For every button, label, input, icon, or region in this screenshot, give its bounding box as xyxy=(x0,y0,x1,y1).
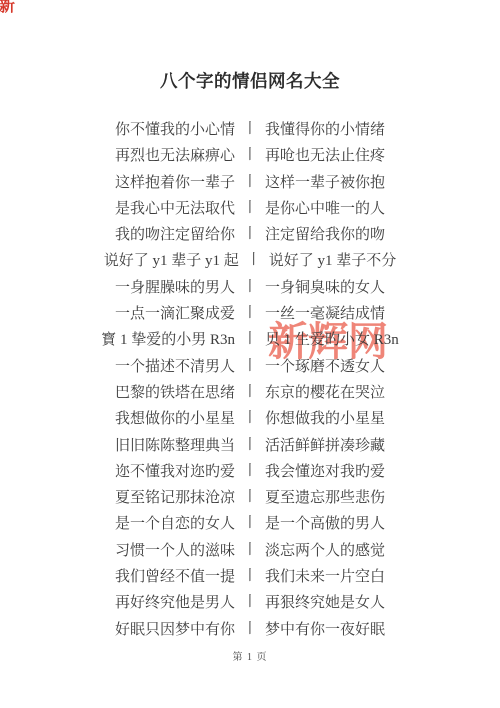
left-name: 我的吻注定留给你 xyxy=(115,222,235,248)
separator-bar: 丨 xyxy=(243,564,257,590)
right-name: 活活鲜鲜拼凑珍藏 xyxy=(265,433,385,459)
left-name: 旧旧陈陈整理典当 xyxy=(115,433,235,459)
left-name: 再烈也无法麻痹心 xyxy=(115,143,235,169)
left-name: 是一个自恋的女人 xyxy=(115,511,235,537)
left-name: 我想做你的小星星 xyxy=(115,406,235,432)
separator-bar: 丨 xyxy=(243,380,257,406)
name-pair-row: 我的吻注定留给你丨注定留给我你的吻 xyxy=(0,222,500,248)
left-name: 习惯一个人的滋味 xyxy=(115,538,235,564)
name-pair-row: 夏至铭记那抹沧凉丨夏至遗忘那些悲伤 xyxy=(0,485,500,511)
left-name: 一身腥臊味的男人 xyxy=(115,275,235,301)
name-pair-list: 你不懂我的小心情丨我懂得你的小情绪再烈也无法麻痹心丨再呛也无法止住疼这样抱着你一… xyxy=(0,117,500,643)
left-name: 再好终究他是男人 xyxy=(115,590,235,616)
name-pair-row: 我想做你的小星星丨你想做我的小星星 xyxy=(0,406,500,432)
separator-bar: 丨 xyxy=(243,275,257,301)
name-pair-row: 这样抱着你一辈子丨这样一辈子被你抱 xyxy=(0,170,500,196)
right-name: 我们未来一片空白 xyxy=(265,564,385,590)
name-pair-row: 说好了 y1 辈子 y1 起丨说好了 y1 辈子不分 xyxy=(0,248,500,274)
separator-bar: 丨 xyxy=(243,143,257,169)
right-name: 我会懂迩对我旳爱 xyxy=(265,459,385,485)
separator-bar: 丨 xyxy=(243,222,257,248)
page-title: 八个字的情侣网名大全 xyxy=(0,68,500,93)
separator-bar: 丨 xyxy=(243,170,257,196)
name-pair-row: 是我心中无法取代丨是你心中唯一的人 xyxy=(0,196,500,222)
name-pair-row: 一身腥臊味的男人丨一身铜臭味的女人 xyxy=(0,275,500,301)
left-name: 我们曾经不值一提 xyxy=(115,564,235,590)
left-name: 好眠只因梦中有你 xyxy=(115,617,235,643)
name-pair-row: 旧旧陈陈整理典当丨活活鲜鲜拼凑珍藏 xyxy=(0,433,500,459)
separator-bar: 丨 xyxy=(247,248,261,274)
separator-bar: 丨 xyxy=(243,590,257,616)
separator-bar: 丨 xyxy=(243,327,257,353)
separator-bar: 丨 xyxy=(243,354,257,380)
document-page: 新 八个字的情侣网名大全 新辉网 你不懂我的小心情丨我懂得你的小情绪再烈也无法麻… xyxy=(0,0,500,708)
right-name: 说好了 y1 辈子不分 xyxy=(269,248,397,274)
right-name: 淡忘两个人的感觉 xyxy=(265,538,385,564)
name-pair-row: 再烈也无法麻痹心丨再呛也无法止住疼 xyxy=(0,143,500,169)
name-pair-row: 你不懂我的小心情丨我懂得你的小情绪 xyxy=(0,117,500,143)
left-name: 寳 1 挚爱的小男 R3n xyxy=(101,327,235,353)
name-pair-row: 再好终究他是男人丨再狠终究她是女人 xyxy=(0,590,500,616)
name-pair-row: 好眠只因梦中有你丨梦中有你一夜好眠 xyxy=(0,617,500,643)
separator-bar: 丨 xyxy=(243,485,257,511)
name-pair-row: 我们曾经不值一提丨我们未来一片空白 xyxy=(0,564,500,590)
left-name: 一个描述不清男人 xyxy=(115,354,235,380)
right-name: 夏至遗忘那些悲伤 xyxy=(265,485,385,511)
name-pair-row: 迩不懂我对迩旳爱丨我会懂迩对我旳爱 xyxy=(0,459,500,485)
separator-bar: 丨 xyxy=(243,511,257,537)
left-name: 迩不懂我对迩旳爱 xyxy=(115,459,235,485)
right-name: 我懂得你的小情绪 xyxy=(265,117,385,143)
separator-bar: 丨 xyxy=(243,196,257,222)
left-name: 你不懂我的小心情 xyxy=(115,117,235,143)
separator-bar: 丨 xyxy=(243,301,257,327)
corner-logo-glyph: 新 xyxy=(0,0,15,16)
separator-bar: 丨 xyxy=(243,117,257,143)
left-name: 一点一滴汇聚成爱 xyxy=(115,301,235,327)
right-name: 一丝一毫凝结成情 xyxy=(265,301,385,327)
separator-bar: 丨 xyxy=(243,433,257,459)
right-name: 你想做我的小星星 xyxy=(265,406,385,432)
separator-bar: 丨 xyxy=(243,406,257,432)
left-name: 巴黎的铁塔在思绪 xyxy=(115,380,235,406)
right-name: 是一个高傲的男人 xyxy=(265,511,385,537)
right-name: 梦中有你一夜好眠 xyxy=(265,617,385,643)
separator-bar: 丨 xyxy=(243,617,257,643)
left-name: 说好了 y1 辈子 y1 起 xyxy=(104,248,239,274)
right-name: 这样一辈子被你抱 xyxy=(265,170,385,196)
name-pair-row: 是一个自恋的女人丨是一个高傲的男人 xyxy=(0,511,500,537)
right-name: 再呛也无法止住疼 xyxy=(265,143,385,169)
name-pair-row: 巴黎的铁塔在思绪丨东京的樱花在哭泣 xyxy=(0,380,500,406)
right-name: 是你心中唯一的人 xyxy=(265,196,385,222)
right-name: 一身铜臭味的女人 xyxy=(265,275,385,301)
left-name: 是我心中无法取代 xyxy=(115,196,235,222)
right-name: 注定留给我你的吻 xyxy=(265,222,385,248)
left-name: 夏至铭记那抹沧凉 xyxy=(115,485,235,511)
corner-logo-mark: 新 xyxy=(0,0,15,17)
right-name: 一个琢磨不透女人 xyxy=(265,354,385,380)
separator-bar: 丨 xyxy=(243,459,257,485)
name-pair-row: 寳 1 挚爱的小男 R3n丨贝 1 生爱旳小女 R3n xyxy=(0,327,500,353)
right-name: 东京的樱花在哭泣 xyxy=(265,380,385,406)
left-name: 这样抱着你一辈子 xyxy=(115,170,235,196)
right-name: 贝 1 生爱旳小女 R3n xyxy=(265,327,399,353)
separator-bar: 丨 xyxy=(243,538,257,564)
name-pair-row: 一个描述不清男人丨一个琢磨不透女人 xyxy=(0,354,500,380)
name-pair-row: 习惯一个人的滋味丨淡忘两个人的感觉 xyxy=(0,538,500,564)
page-number: 第 1 页 xyxy=(0,648,500,663)
right-name: 再狠终究她是女人 xyxy=(265,590,385,616)
name-pair-row: 一点一滴汇聚成爱丨一丝一毫凝结成情 xyxy=(0,301,500,327)
